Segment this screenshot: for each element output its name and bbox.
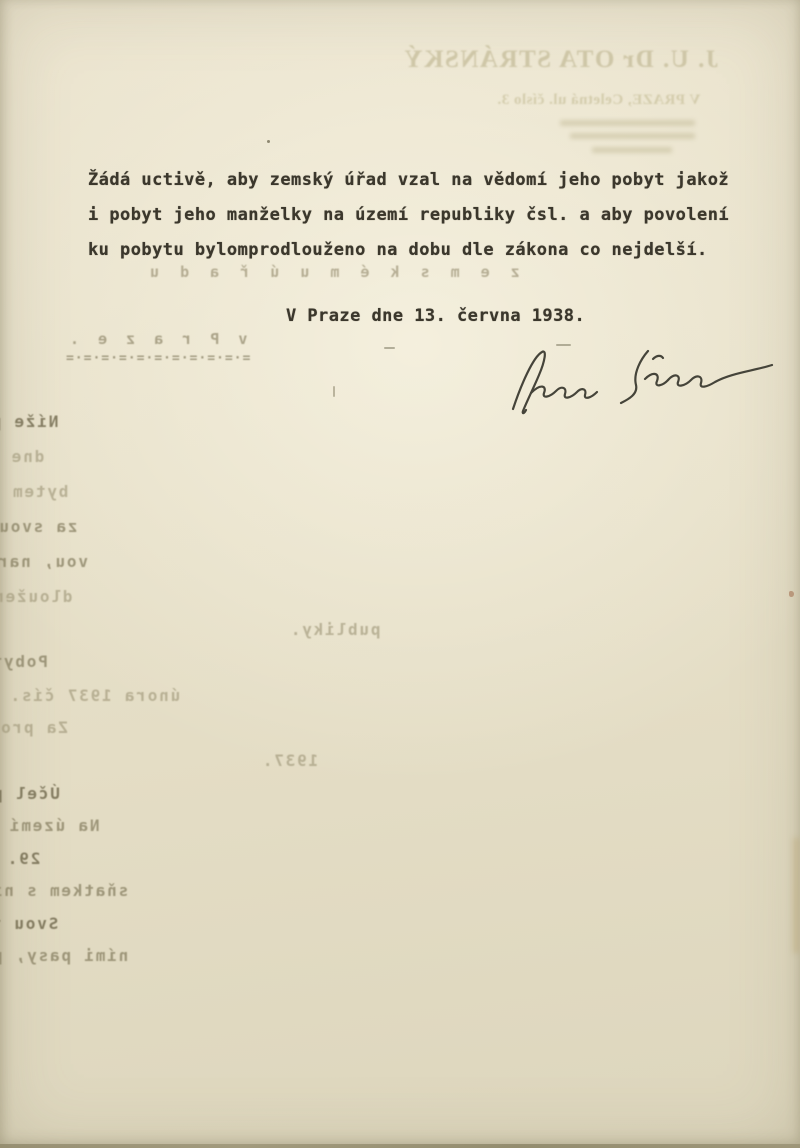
letterhead-name-mirrored: J. U. Dr OTA STRÁNSKÝ <box>403 46 718 74</box>
petition-line: Žádá uctivě, aby zemský úřad vzal na věd… <box>88 163 729 198</box>
petition-line: i pobyt jeho manželky na území republiky… <box>88 198 729 233</box>
edge-smudge <box>793 838 800 953</box>
reverse-line-mirrored: bytem v Praze VII., Strojnická čp. 1429,… <box>0 482 68 501</box>
reverse-line-mirrored: za svou manželku Gertrudu S t e i n e r … <box>0 517 78 536</box>
reverse-line-mirrored: dne 12. února 1903 ve Vídni, bývalý rako… <box>0 447 44 466</box>
reverse-line-mirrored: Pobyt mu byl povolen výměrem zemského úř… <box>0 652 48 671</box>
reverse-line-mirrored: 29. září 1927 a manželka jeho od narozen… <box>0 849 40 868</box>
reverse-line-mirrored: dloužení povolení ku pobytu na celém úze… <box>0 587 72 606</box>
signature-stroke <box>531 387 597 398</box>
ink-speck <box>267 140 270 143</box>
reverse-line-mirrored: Svou totožnost jakož i totožnost své man… <box>0 914 58 933</box>
reverse-line-mirrored: ními pasy, při čemž žádá uctivě, aby byl… <box>0 946 128 965</box>
signature-stroke <box>653 356 663 359</box>
reverse-line-mirrored: publiky. <box>289 620 380 639</box>
reverse-line-mirrored: sňatkem s ním československou státní pří… <box>0 881 128 900</box>
scanned-document-page: J. U. Dr OTA STRÁNSKÝ V PRAZE, Celetná u… <box>0 0 800 1148</box>
reverse-line-mirrored: vou, narozenou dne 22. prosince 1906 v P… <box>0 552 88 571</box>
letterhead-smudge <box>570 133 695 139</box>
rust-speck <box>789 591 794 597</box>
reverse-line-mirrored: 1937. <box>261 751 318 770</box>
reverse-city-mirrored: v P r a z e . <box>65 330 247 348</box>
letterhead-address-mirrored: V PRAZE, Celetná ul. číslo 3. <box>497 92 700 109</box>
reverse-addressee-mirrored: z e m s k é m u ú ř a d u <box>144 263 520 281</box>
petition-paragraph: Žádá uctivě, aby zemský úřad vzal na věd… <box>88 163 729 268</box>
reverse-line-mirrored: Níže podepsaný Heřman S t e i n e r , ob… <box>0 412 58 431</box>
date-line: V Praze dne 13. června 1938. <box>286 306 585 326</box>
crease-mark <box>333 386 335 397</box>
date-underline-mark <box>384 347 395 349</box>
reverse-line-mirrored: Na území republiky československé se nep… <box>0 816 100 835</box>
letterhead-smudge <box>592 147 672 153</box>
signature-stroke <box>621 351 648 403</box>
reverse-line-mirrored: Účel pobytu jest provozování živnosti ob… <box>0 784 60 803</box>
signature-stroke <box>645 365 772 387</box>
signature-stroke <box>513 352 545 414</box>
signature-handwritten <box>495 345 780 417</box>
reverse-dashed-underline-mirrored: =·=·=·=·=·=·=·=·=·=·= <box>65 351 250 366</box>
reverse-line-mirrored: února 1937 čís. 52.396/2 z roku 1933 odd… <box>0 686 180 705</box>
reverse-line-mirrored: Za prodloužení tohoto povoleného pobytu … <box>0 718 68 737</box>
letterhead-smudge <box>560 120 695 126</box>
